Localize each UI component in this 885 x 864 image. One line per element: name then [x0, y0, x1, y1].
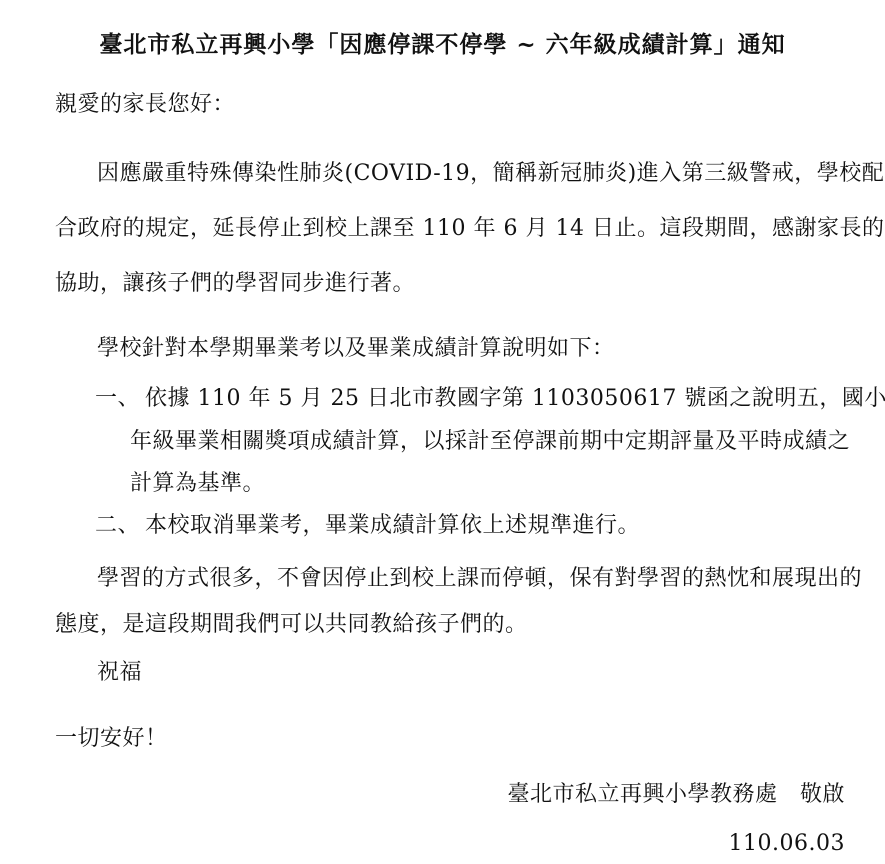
closing: 一切安好！: [55, 726, 168, 752]
list-item-1-line-1: 一、 依據 110 年 5 月 25 日北市教國字第 1103050617 號函…: [95, 386, 885, 412]
document-title: 臺北市私立再興小學「因應停課不停學 ~ 六年級成績計算」通知: [0, 26, 885, 59]
paragraph-1-line-2: 合政府的規定，延長停止到校上課至 110 年 6 月 14 日止。這段期間，感謝…: [55, 216, 884, 242]
paragraph-3-line-1: 學習的方式很多，不會因停止到校上課而停頓，保有對學習的熱忱和展現出的: [97, 566, 862, 592]
date: 110.06.03: [729, 831, 845, 857]
notice-document-page: 臺北市私立再興小學「因應停課不停學 ~ 六年級成績計算」通知 親愛的家長您好： …: [0, 0, 885, 864]
list-item-1-marker: 一、: [95, 386, 145, 412]
list-item-1-text: 依據 110 年 5 月 25 日北市教國字第 1103050617 號函之說明…: [145, 386, 885, 412]
paragraph-2: 學校針對本學期畢業考以及畢業成績計算說明如下：: [97, 336, 615, 362]
list-item-1-line-2: 年級畢業相關獎項成績計算，以採計至停課前期中定期評量及平時成績之: [130, 429, 850, 455]
list-item-2-line-1: 二、 本校取消畢業考，畢業成績計算依上述規準進行。: [95, 513, 640, 539]
list-item-2-marker: 二、: [95, 513, 145, 539]
blessing: 祝福: [97, 660, 142, 686]
list-item-2-text: 本校取消畢業考，畢業成績計算依上述規準進行。: [145, 513, 640, 539]
paragraph-3-line-2: 態度，是這段期間我們可以共同教給孩子們的。: [55, 612, 528, 638]
list-item-1-line-3: 計算為基準。: [130, 471, 265, 497]
greeting: 親愛的家長您好：: [55, 92, 235, 118]
paragraph-1-line-1: 因應嚴重特殊傳染性肺炎(COVID-19，簡稱新冠肺炎)進入第三級警戒，學校配: [97, 161, 884, 187]
signature: 臺北市私立再興小學教務處 敬啟: [507, 782, 845, 808]
paragraph-1-line-3: 協助，讓孩子們的學習同步進行著。: [55, 271, 415, 297]
